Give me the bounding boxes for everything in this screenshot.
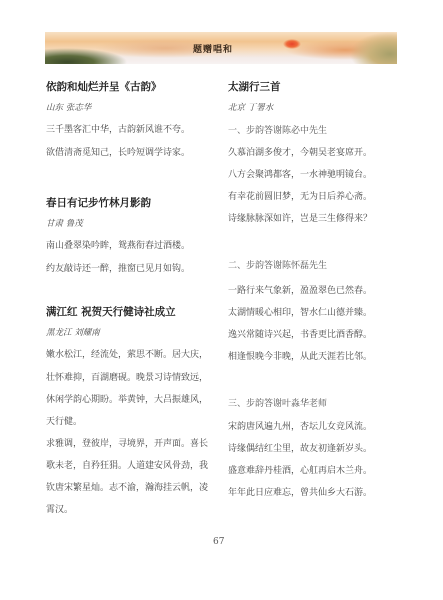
poem-line: 约友敲诗还一醉，推窗已见月如钩。 bbox=[46, 263, 190, 275]
header-banner: 题赠唱和 bbox=[45, 32, 397, 64]
banner-title: 题赠唱和 bbox=[193, 42, 233, 55]
poem-line: 嫩水松江，经流处，萦思不断。居大庆， bbox=[46, 349, 208, 361]
poem-line: 歌未老，自矜狂狷。人道建安风骨劲，我 bbox=[46, 460, 208, 472]
poem-subtitle: 二、步韵答谢陈怀磊先生 bbox=[228, 260, 327, 272]
poem-subtitle: 三、步韵答谢叶淼华老师 bbox=[228, 398, 327, 410]
poem-line: 诗缘脉脉深如许，岂是三生修得来？ bbox=[228, 213, 372, 225]
poem-line: 宋韵唐风遍九州，杏坛儿女竞风流。 bbox=[228, 421, 372, 433]
poem-line: 一路行来气象新，盈盈翠色已然春。 bbox=[228, 285, 372, 297]
poem-title: 春日有记步竹林月影韵 bbox=[46, 196, 151, 210]
poem-line: 壮怀难抑，百湖磨砚。晚景习诗情致远， bbox=[46, 372, 208, 384]
poem-line: 逸兴常随诗兴起，书香更比酒香醇。 bbox=[228, 329, 372, 341]
poem-line: 天行健。 bbox=[46, 416, 82, 428]
poem-author: 北京 丁署水 bbox=[228, 102, 273, 114]
poem-line: 诗缘偶结红尘里，故友初逢新岁头。 bbox=[228, 443, 372, 455]
poem-line: 三千墨客汇中华，古韵新风谁不夸。 bbox=[46, 124, 190, 136]
poem-line: 有幸花前圆旧梦，无为日后养心斋。 bbox=[228, 191, 372, 203]
poem-line: 南山叠翠染吟眸，鸳燕衔春过酒楼。 bbox=[46, 240, 190, 252]
poem-line: 太湖情暖心相印，智水仁山德并臻。 bbox=[228, 307, 372, 319]
poem-line: 霄汉。 bbox=[46, 504, 73, 516]
poem-line: 欲借清斋觅知己，长吟短调学诗家。 bbox=[46, 147, 190, 159]
poem-line: 盛意难辞丹桂酒，心舡再启木兰舟。 bbox=[228, 465, 372, 477]
poem-line: 八方会聚鸿都客，一水神驰明镜台。 bbox=[228, 169, 372, 181]
poem-title: 太湖行三首 bbox=[228, 80, 281, 94]
poem-line: 求雅调，登彼岸，寻境界，开声面。喜长 bbox=[46, 438, 208, 450]
poem-author: 黑龙江 刘耀南 bbox=[46, 327, 100, 339]
poem-line: 相逢恨晚今非晚，从此天涯若比邻。 bbox=[228, 351, 372, 363]
poem-author: 山东 张志华 bbox=[46, 102, 91, 114]
poem-subtitle: 一、步韵答谢陈必中先生 bbox=[228, 125, 327, 137]
poem-line: 年年此日应难忘，曾共仙乡大石游。 bbox=[228, 487, 372, 499]
page-number: 67 bbox=[213, 537, 224, 547]
poem-title: 依韵和灿烂并呈《古韵》 bbox=[46, 80, 162, 94]
poem-line: 休闲学韵心期盼。举黄钟，大吕振雄风， bbox=[46, 394, 208, 406]
poem-line: 久慕泊湖多俊才，今朝吴老宴席开。 bbox=[228, 147, 372, 159]
poem-line: 钦唐宋繁星灿。志不渝，瀚海挂云帆，凌 bbox=[46, 482, 208, 494]
poem-author: 甘肃 鲁茂 bbox=[46, 218, 83, 230]
poem-title: 满江红 祝贺天行健诗社成立 bbox=[46, 305, 176, 319]
